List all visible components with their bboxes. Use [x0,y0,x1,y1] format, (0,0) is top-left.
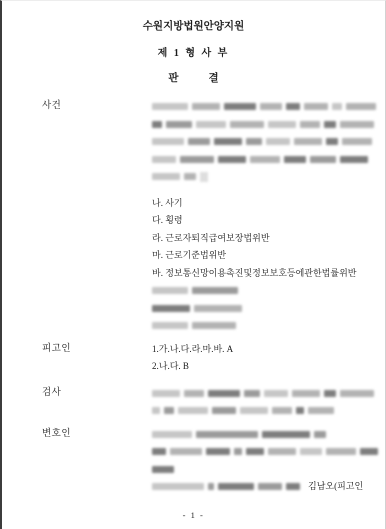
title-char-first: 판 [168,73,178,84]
charge-row: 라. 근로자퇴직급여보장법위반 [2,230,385,248]
counsel-row-1: 변호인 [2,426,385,444]
redacted-text [152,154,368,165]
redacted-text [152,388,374,399]
prosecutor-row-1: 검사 [2,385,385,403]
defendant-item: 2.나.다. B [152,358,377,376]
redacted-case-number [152,285,238,296]
title-char-second: 결 [209,73,219,84]
charge-item: 다. 횡령 [152,212,377,230]
case-number-row [2,282,385,300]
redacted-text [152,101,376,112]
document-body: 사건 나. 사기 다. 횡령 라. 근로자퇴직급여보장 [2,98,385,496]
defendant-row-2: 2.나.다. B [2,358,385,376]
counsel-row-4: 김남오(피고인 [2,478,385,496]
redacted-text [152,405,334,416]
redacted-text [152,119,374,130]
court-name: 수원지방법원안양지원 [2,20,385,33]
case-row-4 [2,151,385,169]
redacted-text [152,171,208,182]
division-name: 제 1 형 사 부 [2,47,385,60]
charge-item: 라. 근로자퇴직급여보장법위반 [152,230,377,248]
field-label-defendant: 피고인 [42,341,152,359]
case-number-row [2,317,385,335]
redacted-text [152,446,378,457]
field-label-prosecutor: 검사 [42,385,152,403]
redacted-case-number [152,320,236,331]
case-row-5 [2,168,385,186]
redacted-text [152,136,372,147]
counsel-visible-name: 김남오(피고인 [308,481,363,491]
page-number: - 1 - [2,510,385,520]
field-label-case: 사건 [42,98,152,116]
redacted-case-number [152,303,242,314]
field-label-counsel: 변호인 [42,426,152,444]
charge-item: 나. 사기 [152,195,377,213]
charge-row: 나. 사기 [2,195,385,213]
case-row-2 [2,116,385,134]
redacted-text [152,464,174,475]
defendant-item: 1.가.나.다.라.마.바. A [152,341,377,359]
case-row-3 [2,133,385,151]
charge-row: 다. 횡령 [2,212,385,230]
redacted-text [152,429,326,440]
case-number-row [2,300,385,318]
prosecutor-row-2 [2,402,385,420]
charge-row: 바. 정보통신망이용촉진및정보보호등에관한법률위반 [2,265,385,283]
defendant-row-1: 피고인 1.가.나.다.라.마.바. A [2,341,385,359]
charge-row: 마. 근로기준법위반 [2,247,385,265]
document-title: 판결 [2,72,385,85]
charge-item: 마. 근로기준법위반 [152,247,377,265]
redacted-text [152,481,300,492]
counsel-row-2 [2,443,385,461]
charge-item: 바. 정보통신망이용촉진및정보보호등에관한법률위반 [152,265,377,283]
judgment-document-page: 수원지방법원안양지원 제 1 형 사 부 판결 사건 나. 사기 [0,0,386,529]
counsel-row-3 [2,461,385,479]
case-row-1: 사건 [2,98,385,116]
